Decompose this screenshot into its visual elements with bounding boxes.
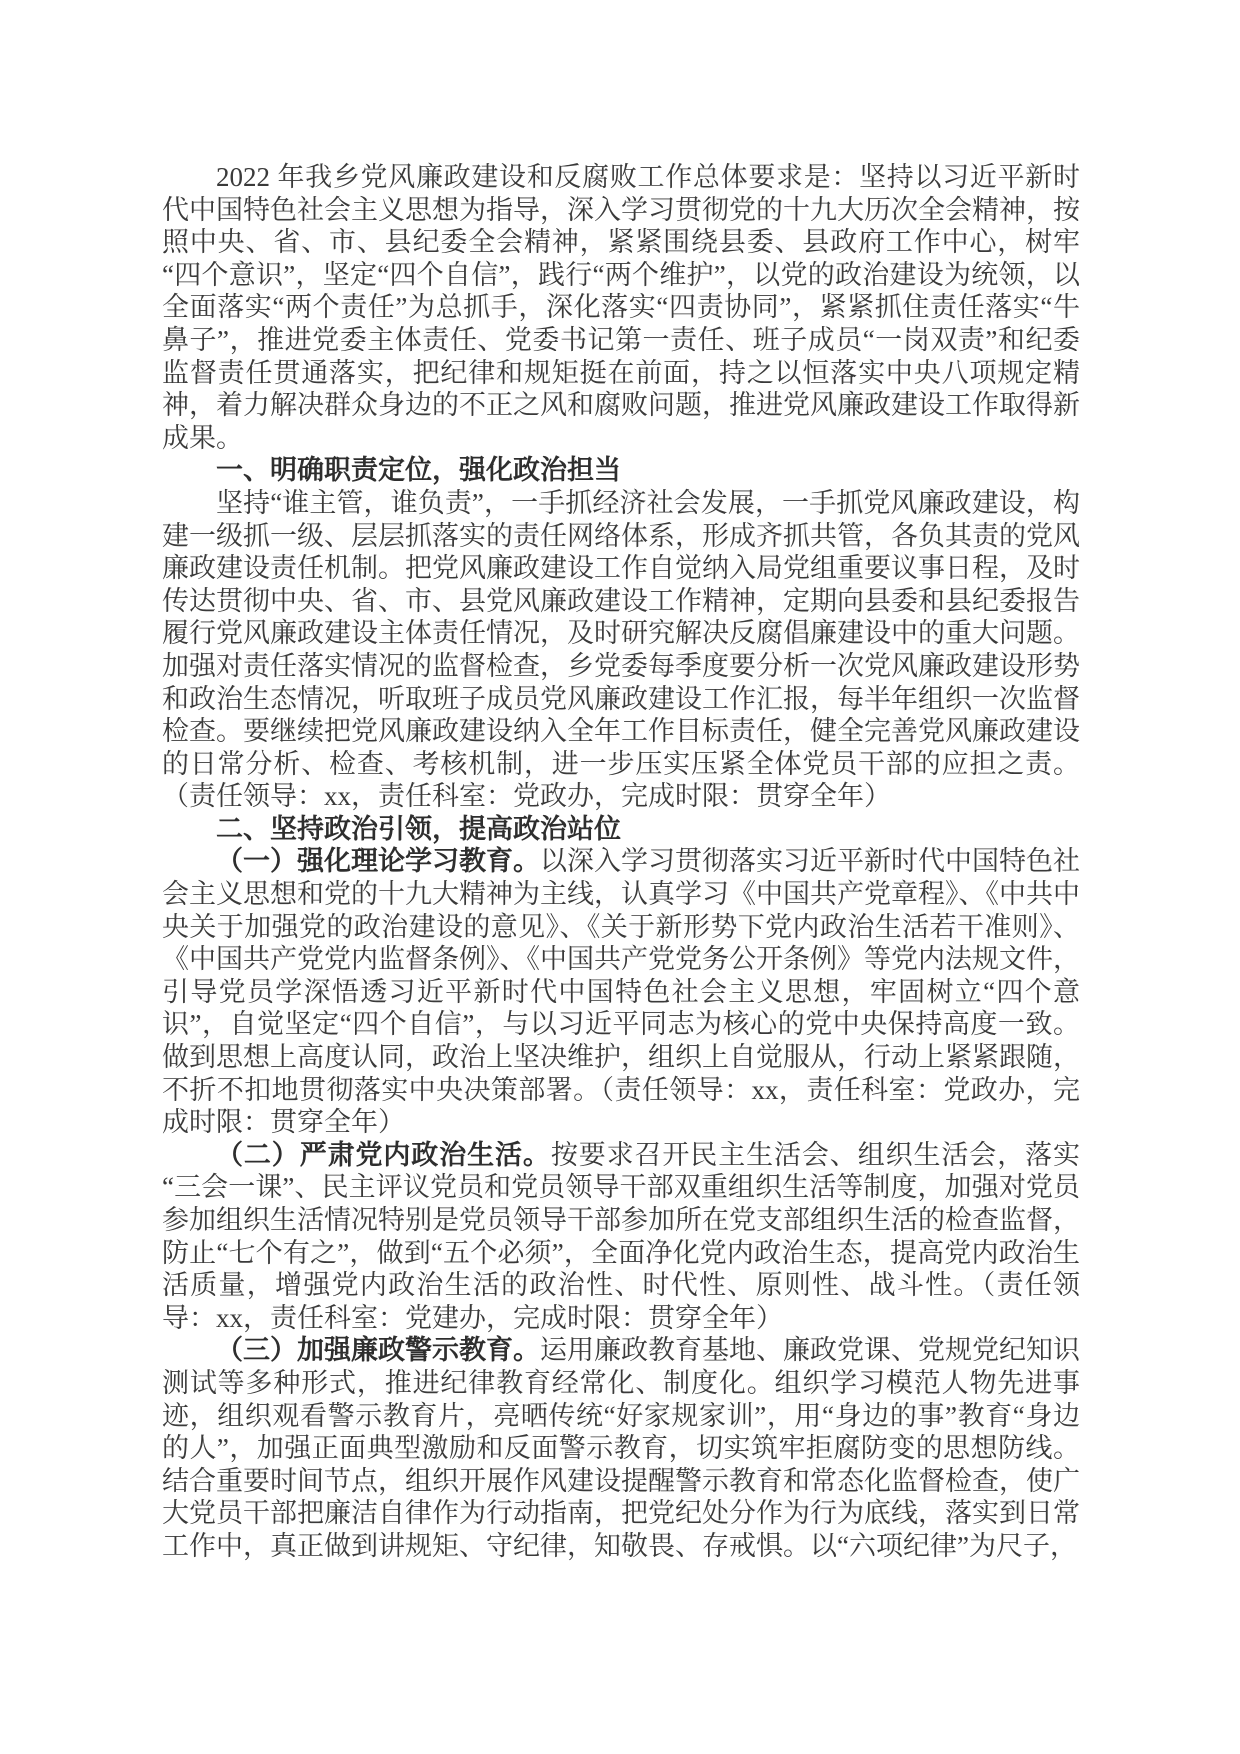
paragraph: （三）加强廉政警示教育。运用廉政教育基地、廉政党课、党规党纪知识测试等多种形式，… [162, 1334, 1080, 1562]
section-heading: 二、坚持政治引领，提高政治站位 [162, 813, 1080, 846]
paragraph: 坚持“谁主管，谁负责”，一手抓经济社会发展，一手抓党风廉政建设，构建一级抓一级、… [162, 487, 1080, 813]
document-body: 2022 年我乡党风廉政建设和反腐败工作总体要求是：坚持以习近平新时代中国特色社… [162, 161, 1080, 1563]
document-page: 2022 年我乡党风廉政建设和反腐败工作总体要求是：坚持以习近平新时代中国特色社… [0, 0, 1240, 1754]
paragraph: 2022 年我乡党风廉政建设和反腐败工作总体要求是：坚持以习近平新时代中国特色社… [162, 161, 1080, 454]
paragraph-lead: （三）加强廉政警示教育。 [216, 1335, 540, 1365]
paragraph-lead: （一）强化理论学习教育。 [216, 846, 540, 876]
section-heading: 一、明确职责定位，强化政治担当 [162, 454, 1080, 487]
paragraph: （一）强化理论学习教育。以深入学习贯彻落实习近平新时代中国特色社会主义思想和党的… [162, 845, 1080, 1138]
paragraph-text: 以深入学习贯彻落实习近平新时代中国特色社会主义思想和党的十九大精神为主线，认真学… [162, 846, 1080, 1137]
paragraph: （二）严肃党内政治生活。按要求召开民主生活会、组织生活会，落实“三会一课”、民主… [162, 1139, 1080, 1335]
paragraph-text: 运用廉政教育基地、廉政党课、党规党纪知识测试等多种形式，推进纪律教育经常化、制度… [162, 1335, 1080, 1561]
paragraph-lead: （二）严肃党内政治生活。 [216, 1140, 551, 1170]
